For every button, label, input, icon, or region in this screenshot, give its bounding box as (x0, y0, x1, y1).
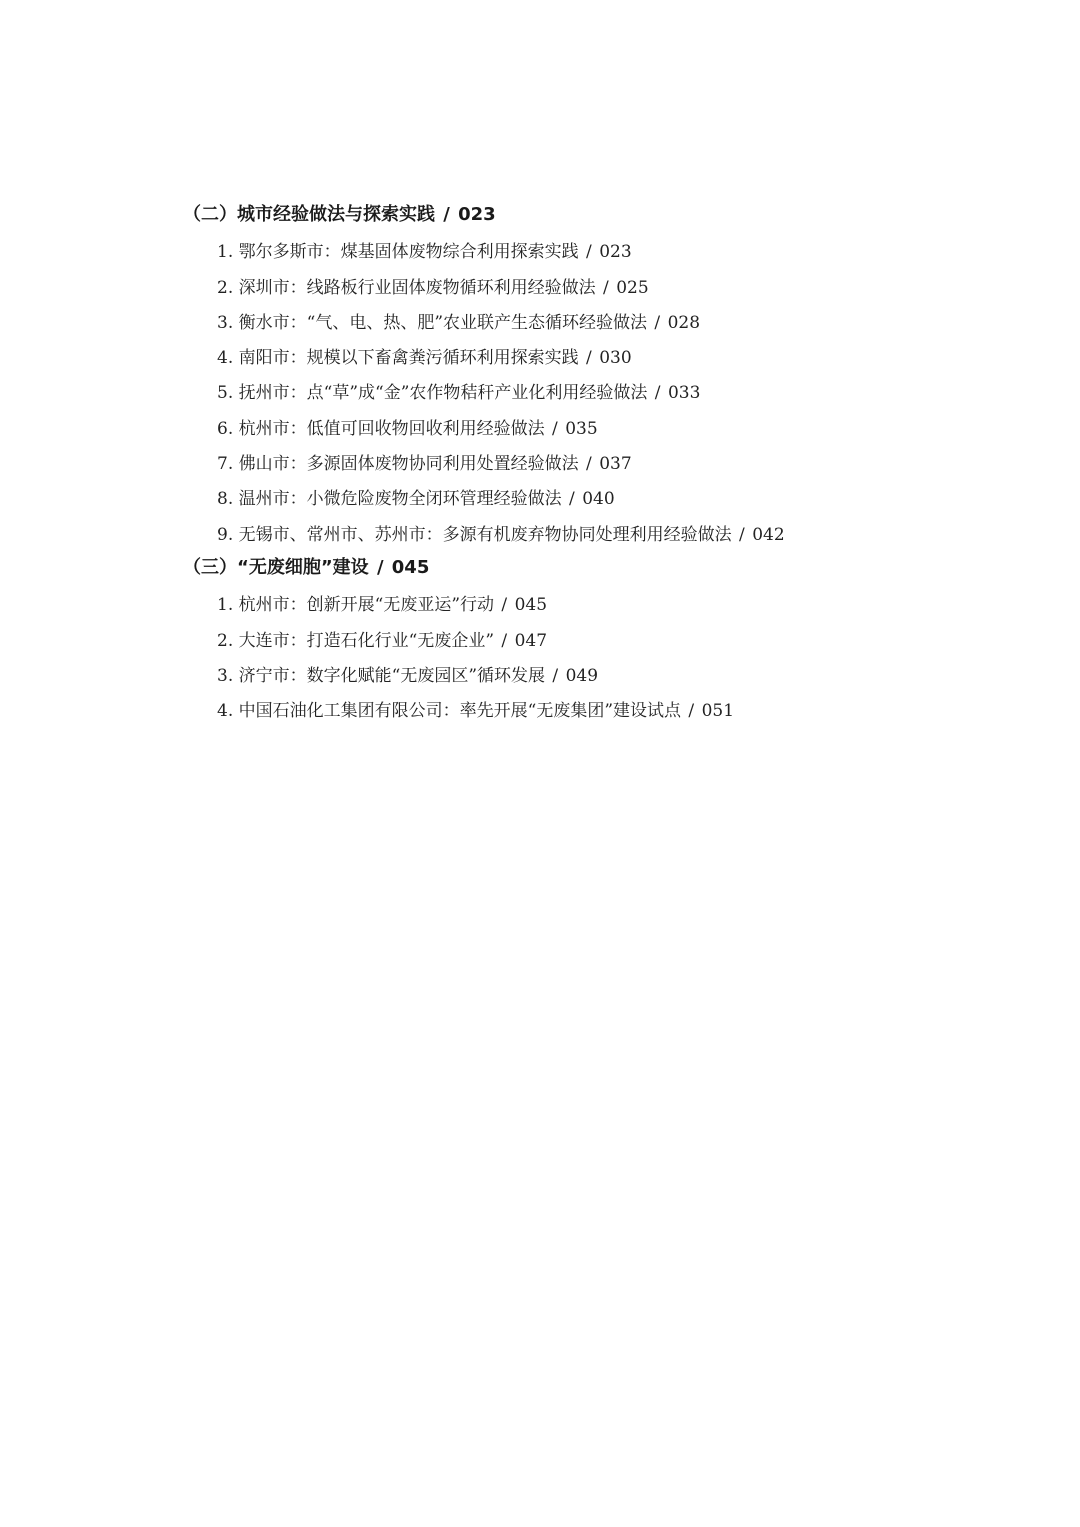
entry-page-number: 051 (702, 701, 734, 721)
page-separator: / (581, 348, 598, 368)
section-page-number: 023 (458, 204, 496, 225)
entry-page-number: 030 (599, 348, 631, 368)
entry-page-number: 037 (599, 454, 631, 474)
table-of-contents: （二）城市经验做法与探索实践 / 023 1. 鄂尔多斯市：煤基固体废物综合利用… (183, 200, 983, 729)
page-separator: / (496, 631, 513, 651)
section-heading-zero-waste-cells: （三）“无废细胞”建设 / 045 (183, 553, 983, 588)
entry-number: 4. (217, 348, 233, 368)
page-separator: / (683, 701, 700, 721)
entry-number: 1. (217, 242, 233, 262)
toc-entry: 2. 深圳市：线路板行业固体废物循环利用经验做法 / 025 (183, 271, 983, 306)
entry-number: 6. (217, 419, 233, 439)
entry-number: 2. (217, 278, 233, 298)
toc-entry: 4. 南阳市：规模以下畜禽粪污循环利用探索实践 / 030 (183, 341, 983, 376)
entry-title: 佛山市：多源固体废物协同利用处置经验做法 (239, 454, 579, 474)
section-heading-city-practices: （二）城市经验做法与探索实践 / 023 (183, 200, 983, 235)
entry-title: 衡水市：“气、电、热、肥”农业联产生态循环经验做法 (239, 313, 647, 333)
page-separator: / (598, 278, 615, 298)
toc-entry: 1. 鄂尔多斯市：煤基固体废物综合利用探索实践 / 023 (183, 235, 983, 270)
page-separator: / (371, 557, 390, 578)
entry-title: 济宁市：数字化赋能“无废园区”循环发展 (239, 666, 545, 686)
entry-number: 7. (217, 454, 233, 474)
entry-page-number: 047 (515, 631, 547, 651)
toc-entry: 3. 衡水市：“气、电、热、肥”农业联产生态循环经验做法 / 028 (183, 306, 983, 341)
entry-number: 9. (217, 525, 233, 545)
entry-title: 南阳市：规模以下畜禽粪污循环利用探索实践 (239, 348, 579, 368)
toc-entry: 3. 济宁市：数字化赋能“无废园区”循环发展 / 049 (183, 659, 983, 694)
entry-title: 杭州市：低值可回收物回收利用经验做法 (239, 419, 545, 439)
page-separator: / (581, 242, 598, 262)
entry-number: 8. (217, 489, 233, 509)
toc-entry: 2. 大连市：打造石化行业“无废企业” / 047 (183, 624, 983, 659)
document-page: （二）城市经验做法与探索实践 / 023 1. 鄂尔多斯市：煤基固体废物综合利用… (0, 0, 1080, 1527)
entry-page-number: 040 (582, 489, 614, 509)
toc-entry: 9. 无锡市、常州市、苏州市：多源有机废弃物协同处理利用经验做法 / 042 (183, 518, 983, 553)
page-separator: / (437, 204, 456, 225)
entry-page-number: 028 (668, 313, 700, 333)
entry-number: 1. (217, 595, 233, 615)
entry-title: 温州市：小微危险废物全闭环管理经验做法 (239, 489, 562, 509)
entry-page-number: 035 (565, 419, 597, 439)
toc-entry: 8. 温州市：小微危险废物全闭环管理经验做法 / 040 (183, 482, 983, 517)
toc-entry: 7. 佛山市：多源固体废物协同利用处置经验做法 / 037 (183, 447, 983, 482)
page-separator: / (547, 419, 564, 439)
section-title-text: （三）“无废细胞”建设 (183, 557, 369, 578)
page-separator: / (734, 525, 751, 545)
toc-entry: 5. 抚州市：点“草”成“金”农作物秸秆产业化利用经验做法 / 033 (183, 376, 983, 411)
entry-number: 3. (217, 313, 233, 333)
entry-number: 2. (217, 631, 233, 651)
entry-number: 4. (217, 701, 233, 721)
page-separator: / (564, 489, 581, 509)
entry-title: 中国石油化工集团有限公司：率先开展“无废集团”建设试点 (239, 701, 681, 721)
entry-number: 3. (217, 666, 233, 686)
entry-title: 杭州市：创新开展“无废亚运”行动 (239, 595, 494, 615)
entry-title: 大连市：打造石化行业“无废企业” (239, 631, 494, 651)
entry-page-number: 042 (752, 525, 784, 545)
entry-page-number: 049 (566, 666, 598, 686)
page-separator: / (649, 383, 666, 403)
entry-page-number: 023 (599, 242, 631, 262)
entry-title: 鄂尔多斯市：煤基固体废物综合利用探索实践 (239, 242, 579, 262)
toc-entry: 4. 中国石油化工集团有限公司：率先开展“无废集团”建设试点 / 051 (183, 694, 983, 729)
section-title-text: （二）城市经验做法与探索实践 (183, 204, 435, 225)
entry-page-number: 025 (616, 278, 648, 298)
entry-page-number: 045 (515, 595, 547, 615)
page-separator: / (649, 313, 666, 333)
entry-page-number: 033 (668, 383, 700, 403)
entry-title: 无锡市、常州市、苏州市：多源有机废弃物协同处理利用经验做法 (239, 525, 732, 545)
section-page-number: 045 (392, 557, 430, 578)
page-separator: / (547, 666, 564, 686)
entry-title: 抚州市：点“草”成“金”农作物秸秆产业化利用经验做法 (239, 383, 648, 403)
entry-title: 深圳市：线路板行业固体废物循环利用经验做法 (239, 278, 596, 298)
page-separator: / (496, 595, 513, 615)
page-separator: / (581, 454, 598, 474)
toc-entry: 1. 杭州市：创新开展“无废亚运”行动 / 045 (183, 588, 983, 623)
toc-entry: 6. 杭州市：低值可回收物回收利用经验做法 / 035 (183, 412, 983, 447)
entry-number: 5. (217, 383, 233, 403)
